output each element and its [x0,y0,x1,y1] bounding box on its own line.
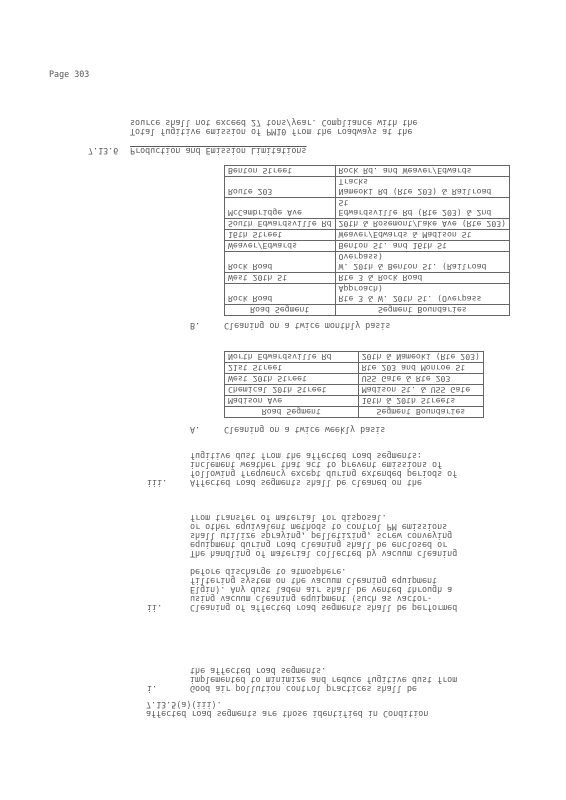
segment-boundaries-cell: Tracks [335,177,510,188]
schedule-b-letter: B. [190,321,200,330]
table-row: Rock Road W. 20th & Benton St. (Railroad [225,262,510,273]
table-row: 16th Street Weaver/Edwards & Madison St [225,230,510,241]
table-row: Weaver/Edwards Benton St. and 16th St [225,241,510,252]
segment-boundaries-cell: 20th & Nameoki (Rte 203) [358,352,483,363]
table-row: Madison Ave 16th & 20th Streets [225,396,484,407]
road-segment-cell: West 20th St [225,273,336,284]
segment-boundaries-cell: USS Gate & Rte 203 [358,374,483,385]
spacer [190,558,457,567]
segment-boundaries-cell: Rock Rd. and Weaver/Edwards [335,166,510,177]
segment-boundaries-cell: Overpass) [335,252,510,263]
road-segment-cell: West 20th Street [225,374,359,385]
segment-boundaries-cell: Weaver/Edwards & Madison St [335,230,510,241]
intro-line: affected road segments are those identif… [146,709,428,718]
table-header-row: Road Segment Segment Boundaries [225,407,484,418]
road-segment-cell: North Edwardsville Rd [225,352,359,363]
text-line: the affected road segments. [190,666,457,675]
column-header: Road Segment [225,305,336,316]
text-line: or other equivalent methods to control P… [190,522,457,531]
item-i-text: Good air pollution control practices sha… [190,666,457,693]
text-line: inclement weather that act to prevent em… [190,460,457,469]
text-line: Cleaning of affected road segments shall… [190,603,457,612]
text-line: Good air pollution control practices sha… [190,684,457,693]
text-line: source shall not exceed 27 tons/year. Co… [130,118,417,127]
road-segment-cell: Benton Street [225,166,336,177]
text-line: Affected road segments shall be cleaned … [190,478,457,487]
column-header: Segment Boundaries [335,305,510,316]
table-row: Chemical 20th Street Madison St. & USS G… [225,385,484,396]
text-line: using vacuum cleaning equipment (such as… [190,594,457,603]
road-segment-cell: Route 203 [225,177,336,198]
segment-boundaries-cell: W. 20th & Benton St. (Railroad [335,262,510,273]
segment-boundaries-cell: St [335,198,510,209]
table-row: 21st Street Rte 203 and Monroe St [225,363,484,374]
segment-boundaries-cell: 16th & 20th Streets [358,396,483,407]
table-header-row: Road Segment Segment Boundaries [225,305,510,316]
item-ii-numeral: ii. [147,603,162,612]
limit-paragraph: Total fugitive emission of PM10 from the… [130,118,417,136]
text-line: Total fugitive emission of PM10 from the… [130,127,417,136]
intro-line: 7.13.5(a)(iii). [146,700,428,709]
text-line: implemented to minimize and reduce fugit… [190,675,457,684]
road-segment-cell: Rock Road [225,284,336,305]
table-row: Benton Street Rock Rd. and Weaver/Edward… [225,166,510,177]
table-row: Route 203 Nameoki Rd (Rte 203) & Railroa… [225,187,510,198]
road-segment-cell: Weaver/Edwards [225,241,336,252]
road-segment-cell: McCambridge Ave [225,198,336,219]
segment-boundaries-cell: Madison St. & USS Gate [358,385,483,396]
text-line: Elgin). Any dust laden air shall be vent… [190,585,457,594]
text-line: following frequency except during extend… [190,469,457,478]
text-line: equipment during road cleaning shall be … [190,540,457,549]
table-row: South Edwardsville Rd 20th & Rosemont/La… [225,219,510,230]
item-ii-text: Cleaning of affected road segments shall… [190,513,457,612]
segment-boundaries-cell: Rte 3 & Rock Road [335,273,510,284]
schedule-b-title: Cleaning on a twice monthly basis [224,321,390,330]
text-line: fugitive dust from the affected road seg… [190,451,457,460]
segment-boundaries-cell: Rte 3 & W. 20th St. (Overpass [335,294,510,305]
text-line: filtering system on the vacuum cleaning … [190,576,457,585]
schedule-a-letter: A. [190,425,200,434]
text-line: from transfer of material for disposal. [190,513,457,522]
text-line: before discharge to atmosphere. [190,567,457,576]
schedule-b-table: Road Segment Segment Boundaries Rock Roa… [224,165,510,316]
table-row: North Edwardsville Rd 20th & Nameoki (Rt… [225,352,484,363]
mirrored-page-content: affected road segments are those identif… [0,0,566,800]
column-header: Segment Boundaries [358,407,483,418]
table-row: West 20th Street USS Gate & Rte 203 [225,374,484,385]
table-row: West 20th St Rte 3 & Rock Road [225,273,510,284]
intro-paragraph: affected road segments are those identif… [146,700,428,718]
road-segment-cell: 16th Street [225,230,336,241]
text-line: shall utilize spraying, pelletizing, scr… [190,531,457,540]
schedule-a-title: Cleaning on a twice weekly basis [224,425,385,434]
segment-boundaries-cell: Rte 203 and Monroe St [358,363,483,374]
segment-boundaries-cell: Edwardsville Rd (Rte 203) & 2nd [335,208,510,219]
segment-boundaries-cell: 20th & Rosemont/Lake Ave (Rte 203) [335,219,510,230]
segment-boundaries-cell: Nameoki Rd (Rte 203) & Railroad [335,187,510,198]
section-title: Production and Emission Limitations [130,146,306,155]
item-iii-numeral: iii. [147,478,167,487]
segment-boundaries-cell: Benton St. and 16th St [335,241,510,252]
road-segment-cell: Rock Road [225,252,336,273]
road-segment-cell: South Edwardsville Rd [225,219,336,230]
column-header: Road Segment [225,407,359,418]
table-row: Rock Road Rte 3 & W. 20th St. (Overpass [225,294,510,305]
road-segment-cell: 21st Street [225,363,359,374]
item-i-numeral: i. [147,684,157,693]
schedule-a-table: Road Segment Segment Boundaries Madison … [224,351,484,418]
text-line: The handling of material collected by va… [190,549,457,558]
table-row: McCambridge Ave Edwardsville Rd (Rte 203… [225,208,510,219]
item-iii-text: Affected road segments shall be cleaned … [190,451,457,487]
segment-boundaries-cell: Approach) [335,284,510,295]
road-segment-cell: Chemical 20th Street [225,385,359,396]
road-segment-cell: Madison Ave [225,396,359,407]
section-number: 7.13.6 [88,146,118,155]
